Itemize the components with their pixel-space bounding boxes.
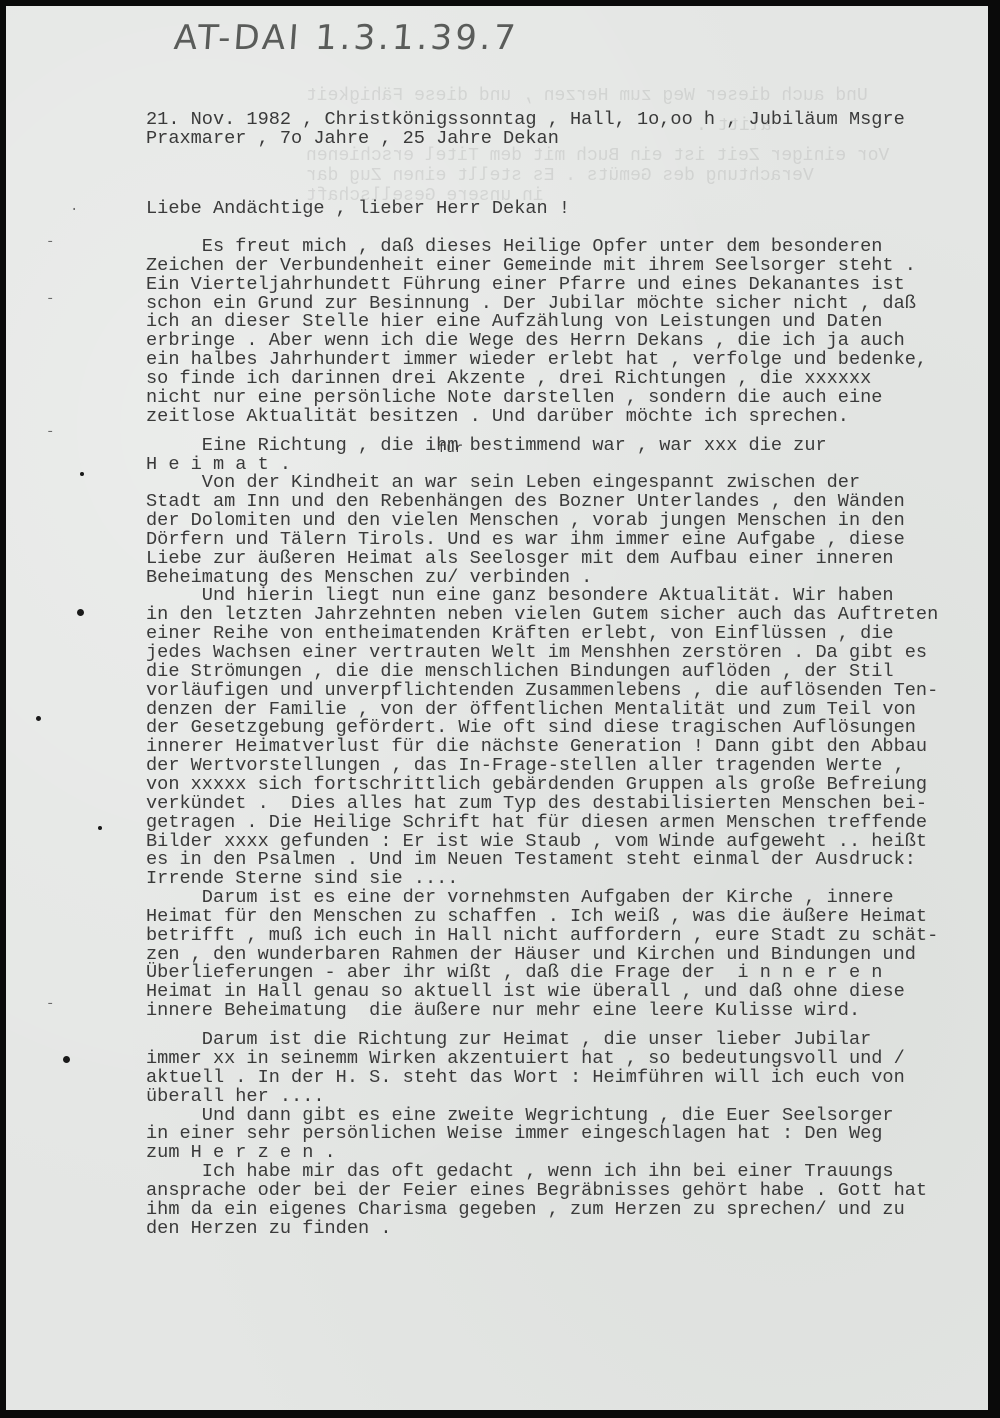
salutation: Liebe Andächtige , lieber Herr Dekan !	[146, 199, 570, 218]
margin-dot	[63, 1056, 70, 1063]
body-line: es in den Psalmen . Und im Neuen Testame…	[146, 850, 916, 869]
body-line: in den letzten Jahrzehnten neben vielen …	[146, 605, 938, 624]
body-line: der Dolomiten und den vielen Menschen , …	[146, 511, 905, 530]
body-line: ansprache oder bei der Feier eines Begrä…	[146, 1181, 927, 1200]
body-line: Darum ist die Richtung zur Heimat , die …	[146, 1030, 871, 1049]
margin-dot	[36, 716, 41, 721]
body-line: getragen . Die Heilige Schrift hat für d…	[146, 813, 927, 832]
body-line: Liebe zur äußeren Heimat als Seelosger m…	[146, 549, 894, 568]
bleed-through-text: Und auch dieser Weg zum Herzen , und die…	[306, 86, 868, 106]
header-line: Praxmarer , 7o Jahre , 25 Jahre Dekan	[146, 129, 559, 148]
body-line: der Wertvorstellungen , das In-Frage-ste…	[146, 756, 905, 775]
body-line: Beheimatung des Menschen zu/ verbinden .	[146, 568, 592, 587]
margin-dot	[77, 609, 84, 616]
body-line: in einer sehr persönlichen Weise immer e…	[146, 1124, 882, 1143]
document-page: Und auch dieser Weg zum Herzen , und die…	[6, 6, 988, 1410]
body-line: Und hierin liegt nun eine ganz besondere…	[146, 586, 894, 605]
bleed-through-text: Vor einiger Zeit ist ein Buch mit dem Ti…	[306, 146, 889, 166]
body-line: Heimat für den Menschen zu schaffen . Ic…	[146, 907, 927, 926]
body-line: der Gesetzgebung gefördert. Wie oft sind…	[146, 718, 916, 737]
body-line: Darum ist es eine der vornehmsten Aufgab…	[146, 888, 894, 907]
margin-mark: -	[46, 291, 54, 307]
body-line: schon ein Grund zur Besinnung . Der Jubi…	[146, 294, 916, 313]
body-line: zeitlose Aktualität besitzen . Und darüb…	[146, 407, 849, 426]
body-line: einer Reihe von entheimatenden Kräften e…	[146, 624, 894, 643]
body-line: aktuell . In der H. S. steht das Wort : …	[146, 1068, 905, 1087]
body-line: zen , den wunderbaren Rahmen der Häuser …	[146, 945, 916, 964]
bleed-through-text: Verachtung des Gemüts . Es stellt einen …	[306, 166, 814, 186]
body-line: denzen der Familie , von der öffentliche…	[146, 700, 916, 719]
body-line: Es freut mich , daß dieses Heilige Opfer…	[146, 237, 882, 256]
body-line: ihm da ein eigenes Charisma gegeben , zu…	[146, 1200, 905, 1219]
body-line: Von der Kindheit an war sein Leben einge…	[146, 473, 860, 492]
body-line: überall her ....	[146, 1087, 325, 1106]
body-line: H e i m a t .	[146, 455, 291, 474]
body-line: vorläufigen und unverpflichtenden Zusamm…	[146, 681, 938, 700]
body-line: Eine Richtung , die ihm bestimmend war ,…	[146, 436, 827, 455]
margin-dot	[98, 826, 102, 830]
margin-mark: .	[70, 199, 78, 215]
body-line: jedes Wachsen einer vertrauten Welt im M…	[146, 643, 927, 662]
margin-dot	[80, 472, 84, 476]
margin-mark: -	[46, 424, 54, 440]
margin-mark: -	[46, 996, 54, 1012]
body-line: den Herzen zu finden .	[146, 1219, 391, 1238]
body-line: Dörfern und Tälern Tirols. Und es war ih…	[146, 530, 905, 549]
interlinear-insertion: für	[438, 440, 463, 459]
header-line: 21. Nov. 1982 , Christkönigssonntag , Ha…	[146, 110, 905, 129]
body-line: so finde ich darinnen drei Akzente , dre…	[146, 369, 871, 388]
body-line: Zeichen der Verbundenheit einer Gemeinde…	[146, 256, 916, 275]
body-line: immer xx in seinemm Wirken akzentuiert h…	[146, 1049, 905, 1068]
archive-reference: AT-DAI 1.3.1.39.7	[173, 18, 520, 58]
body-line: Ich habe mir das oft gedacht , wenn ich …	[146, 1162, 894, 1181]
body-line: betrifft , muß ich euch in Hall nicht au…	[146, 926, 938, 945]
body-line: die Strömungen , die die menschlichen Bi…	[146, 662, 894, 681]
body-line: innere Beheimatung die äußere nur mehr e…	[146, 1001, 860, 1020]
body-line: Irrende Sterne sind sie ....	[146, 869, 458, 888]
body-line: Überlieferungen - aber ihr wißt , daß di…	[146, 963, 882, 982]
body-line: Bilder xxxx gefunden : Er ist wie Staub …	[146, 832, 927, 851]
margin-mark: -	[46, 234, 54, 250]
body-line: ich an dieser Stelle hier eine Aufzählun…	[146, 312, 882, 331]
body-line: erbringe . Aber wenn ich die Wege des He…	[146, 331, 905, 350]
body-line: ein halbes Jahrhundert immer wieder erle…	[146, 350, 927, 369]
body-line: von xxxxx sich fortschrittlich gebärdend…	[146, 775, 927, 794]
body-line: Stadt am Inn und den Rebenhängen des Boz…	[146, 492, 905, 511]
body-line: Und dann gibt es eine zweite Wegrichtung…	[146, 1106, 894, 1125]
body-line: nicht nur eine persönliche Note darstell…	[146, 388, 882, 407]
body-line: innerer Heimatverlust für die nächste Ge…	[146, 737, 927, 756]
body-line: verkündet . Dies alles hat zum Typ des d…	[146, 794, 927, 813]
body-line: Heimat in Hall genau so aktuell ist wie …	[146, 982, 905, 1001]
body-line: Ein Vierteljahrhundett Führung einer Pfa…	[146, 275, 905, 294]
body-line: zum H e r z e n .	[146, 1143, 336, 1162]
